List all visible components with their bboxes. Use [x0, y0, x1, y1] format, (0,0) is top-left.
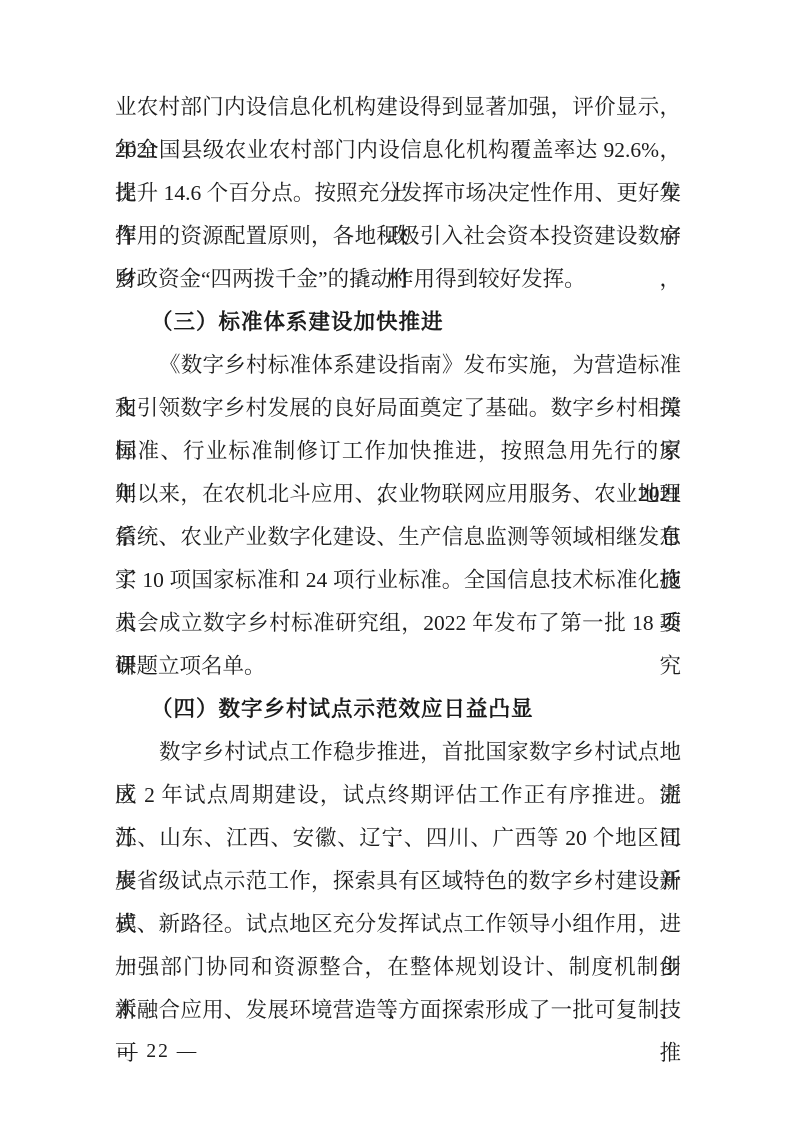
text-line: 业农村部门内设信息化机构建设得到显著加强，评价显示，2021: [115, 86, 681, 129]
document-body: 业农村部门内设信息化机构建设得到显著加强，评价显示，2021 年全国县级农业农村…: [115, 86, 681, 1032]
text-line: 加强部门协同和资源整合，在整体规划设计、制度机制创新、技: [115, 946, 681, 989]
text-line: 年以来，在农机北斗应用、农业物联网应用服务、农业地理信息: [115, 473, 681, 516]
text-line: 术融合应用、发展环境营造等方面探索形成了一批可复制、可推: [115, 989, 681, 1032]
section-heading-4: （四）数字乡村试点示范效应日益凸显: [115, 688, 681, 731]
text-line: 苏、山东、江西、安徽、辽宁、四川、广西等 20 个地区同步开: [115, 817, 681, 860]
text-line: 成 2 年试点周期建设，试点终期评估工作正有序推进。浙江、江: [115, 774, 681, 817]
text-line: 式、新路径。试点地区充分发挥试点工作领导小组作用，进一步: [115, 903, 681, 946]
text-line: 年全国县级农业农村部门内设信息化机构覆盖率达 92.6%，比上年: [115, 129, 681, 172]
document-page: 业农村部门内设信息化机构建设得到显著加强，评价显示，2021 年全国县级农业农村…: [0, 0, 794, 1123]
text-line: 《数字乡村标准体系建设指南》发布实施，为营造标准支撑: [115, 344, 681, 387]
text-line: 作用的资源配置原则，各地积极引入社会资本投资建设数字乡村，: [115, 215, 681, 258]
text-line: 了 10 项国家标准和 24 项行业标准。全国信息技术标准化技术委: [115, 559, 681, 602]
text-line: 和引领数字乡村发展的良好局面奠定了基础。数字乡村相关国家: [115, 387, 681, 430]
page-number: — 22 —: [118, 1037, 198, 1067]
text-line: 数字乡村试点工作稳步推进，首批国家数字乡村试点地区完: [115, 731, 681, 774]
section-heading-3: （三）标准体系建设加快推进: [115, 301, 681, 344]
text-line: 提升 14.6 个百分点。按照充分发挥市场决定性作用、更好发挥政府: [115, 172, 681, 215]
text-line: 展省级试点示范工作，探索具有区域特色的数字乡村建设新模: [115, 860, 681, 903]
text-line: 标准、行业标准制修订工作加快推进，按照急用先行的原则，2021: [115, 430, 681, 473]
text-line: 系统、农业产业数字化建设、生产信息监测等领域相继发布实施: [115, 516, 681, 559]
text-line: 员会成立数字乡村标准研究组，2022 年发布了第一批 18 项研究: [115, 602, 681, 645]
